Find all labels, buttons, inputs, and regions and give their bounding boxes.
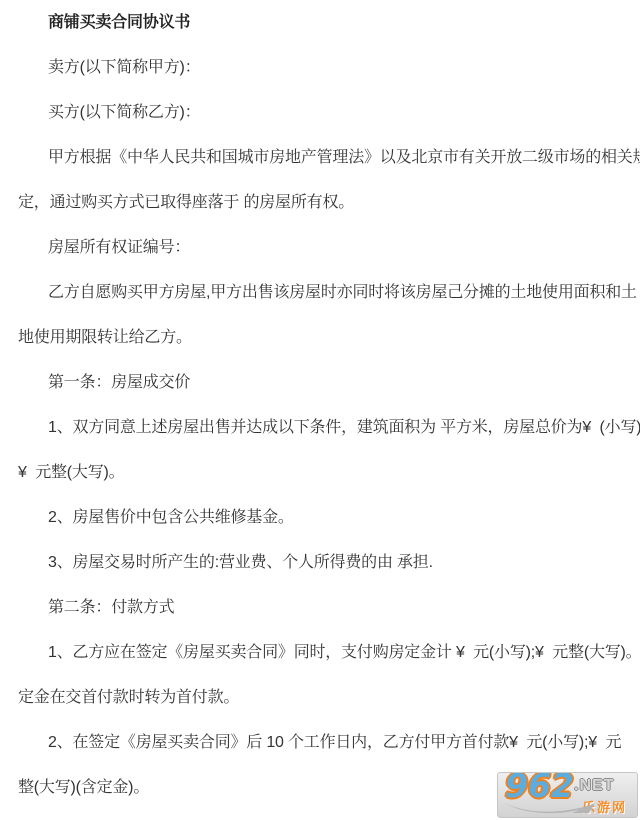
logo-net-text: .NET — [574, 777, 614, 795]
text-line: 乙方自愿购买甲方房屋,甲方出售该房屋时亦同时将该房屋己分摊的土地使用面积和土 — [18, 270, 640, 315]
text-line-buyer: 买方(以下简称乙方)： — [18, 90, 640, 135]
text-line-article-2: 第二条：付款方式 — [18, 585, 640, 630]
text-line: 1、乙方应在签定《房屋买卖合同》同时，支付购房定金计 ¥ 元(小写);¥ 元整(… — [18, 630, 640, 675]
contract-document: 商铺买卖合同协议书 卖方(以下简称甲方)： 买方(以下简称乙方)： 甲方根据《中… — [0, 0, 640, 810]
text-line: 定金在交首付款时转为首付款。 — [18, 675, 640, 720]
text-line: 地使用期限转让给乙方。 — [18, 315, 640, 360]
text-line: 1、双方同意上述房屋出售并达成以下条件，建筑面积为 平方米，房屋总价为¥ (小写… — [18, 405, 640, 450]
text-line: 定，通过购买方式已取得座落于 的房屋所有权。 — [18, 180, 640, 225]
text-line: 2、房屋售价中包含公共维修基金。 — [18, 495, 640, 540]
text-line-seller: 卖方(以下简称甲方)： — [18, 45, 640, 90]
962net-leyou-watermark-logo: 962 .NET 乐游网 — [497, 772, 638, 818]
text-line: 3、房屋交易时所产生的:营业费、个人所得费的由 承担. — [18, 540, 640, 585]
page-title: 商铺买卖合同协议书 — [18, 0, 640, 45]
text-line: ¥ 元整(大写)。 — [18, 450, 640, 495]
text-line: 甲方根据《中华人民共和国城市房地产管理法》以及北京市有关开放二级市场的相关规 — [18, 135, 640, 180]
swoosh-arrow-icon — [502, 801, 597, 817]
text-line-cert-number: 房屋所有权证编号： — [18, 225, 640, 270]
text-line: 2、在签定《房屋买卖合同》后 10 个工作日内，乙方付甲方首付款¥ 元(小写);… — [18, 720, 640, 765]
text-line-article-1: 第一条：房屋成交价 — [18, 360, 640, 405]
